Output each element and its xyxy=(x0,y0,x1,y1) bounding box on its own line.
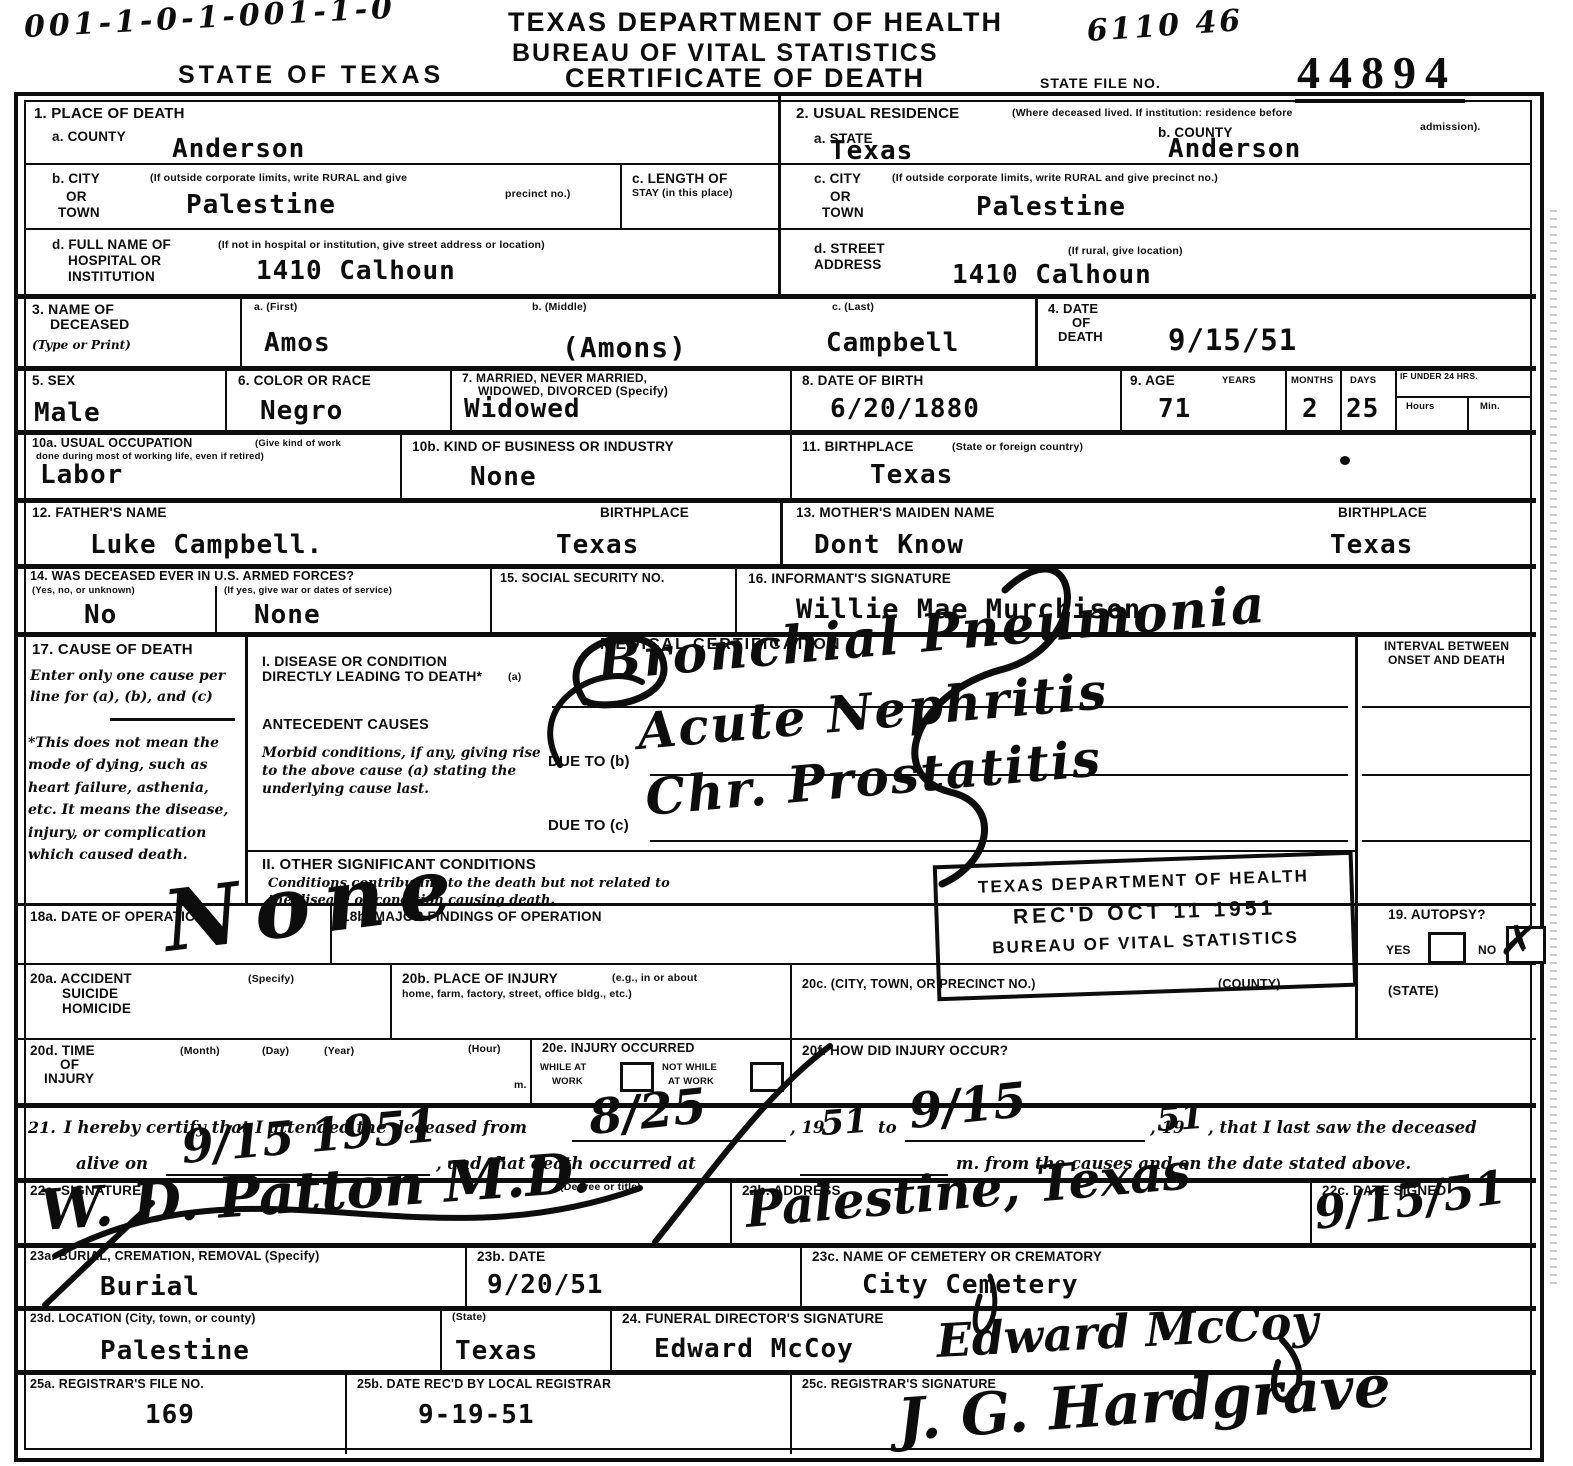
sec23d-value: Palestine xyxy=(100,1338,250,1364)
divider xyxy=(215,586,217,632)
sec1-hosp-label3: INSTITUTION xyxy=(68,270,155,285)
med-antecedent: ANTECEDENT CAUSES xyxy=(262,718,429,734)
rule xyxy=(780,228,1530,230)
rule xyxy=(18,1038,1536,1040)
sec3-last-value: Campbell xyxy=(826,330,959,356)
sec3-last-label: c. (Last) xyxy=(832,302,874,314)
sec23b-value: 9/20/51 xyxy=(487,1272,604,1298)
sec3-middle-value: (Amons) xyxy=(562,334,687,362)
sec1-title: 1. PLACE OF DEATH xyxy=(34,106,185,123)
divider xyxy=(1120,366,1122,430)
autopsy-yes-checkbox xyxy=(1428,932,1466,964)
sec23d-state-label: (State) xyxy=(452,1312,486,1324)
sec20f-label: 20f. HOW DID INJURY OCCUR? xyxy=(802,1044,1008,1059)
ink-dot xyxy=(1340,456,1350,465)
sec2-street-label1: d. STREET xyxy=(814,242,885,257)
sec2-city-label: c. CITY xyxy=(814,172,861,187)
sec20a-label3: HOMICIDE xyxy=(62,1002,131,1017)
sec7-value: Widowed xyxy=(464,396,581,422)
sec2-street-label2: ADDRESS xyxy=(814,258,881,273)
rule xyxy=(26,228,778,230)
sec2-or: OR xyxy=(830,190,851,205)
divider xyxy=(345,1370,347,1454)
sec1-city-label: b. CITY xyxy=(52,172,100,187)
sec2-title: 2. USUAL RESIDENCE xyxy=(796,106,959,123)
sec20d-day: (Day) xyxy=(262,1046,289,1058)
sec13-bp-label: BIRTHPLACE xyxy=(1338,506,1427,521)
sec20e-while2: WORK xyxy=(552,1077,583,1087)
divider xyxy=(1340,366,1342,430)
sec9-under24-label: IF UNDER 24 HRS. xyxy=(1400,372,1478,381)
divider xyxy=(790,430,792,498)
sec23a-value: Burial xyxy=(100,1274,200,1300)
sec9-months-label: MONTHS xyxy=(1291,376,1333,386)
sec19-no-label: NO xyxy=(1478,944,1496,957)
sec20d-label3: INJURY xyxy=(44,1072,94,1087)
sec12-value: Luke Campbell. xyxy=(90,532,323,558)
sec23a-label: 23a. BURIAL, CREMATION, REMOVAL (Specify… xyxy=(30,1250,319,1264)
sec13-value: Dont Know xyxy=(814,532,964,558)
death-certificate-scan: 001-1-0-1-001-1-0 TEXAS DEPARTMENT OF HE… xyxy=(0,0,1573,1466)
sec1-town: TOWN xyxy=(58,206,100,221)
rule xyxy=(18,366,1536,371)
sec11-paren: (State or foreign country) xyxy=(952,442,1083,454)
stamp-line2: REC'D OCT 11 1951 xyxy=(938,894,1351,932)
sec23d-state-value: Texas xyxy=(455,1338,538,1364)
sec9-label: 9. AGE xyxy=(1130,374,1175,389)
certificate-title: CERTIFICATE OF DEATH xyxy=(565,64,925,94)
sec1-city-paren2: precinct no.) xyxy=(505,189,571,201)
divider xyxy=(730,1178,732,1243)
rule xyxy=(1397,396,1531,398)
sec12-bp-value: Texas xyxy=(556,532,639,558)
divider xyxy=(620,163,622,228)
sec13-label: 13. MOTHER'S MAIDEN NAME xyxy=(796,506,995,521)
sec12-bp-label: BIRTHPLACE xyxy=(600,506,689,521)
sec1-or: OR xyxy=(66,190,87,205)
rule xyxy=(110,718,235,721)
divider xyxy=(490,564,492,632)
sec20e-label: 20e. INJURY OCCURRED xyxy=(542,1042,695,1056)
sec13-bp-value: Texas xyxy=(1330,532,1413,558)
med-due-b-label: DUE TO (b) xyxy=(548,754,630,771)
rule xyxy=(18,294,1536,299)
sec8-label: 8. DATE OF BIRTH xyxy=(802,374,923,389)
sec20c-label: 20c. (CITY, TOWN, OR PRECINCT NO.) xyxy=(802,978,1036,992)
sec24-value: Edward McCoy xyxy=(654,1336,854,1362)
sec25a-value: 169 xyxy=(145,1402,195,1428)
sec10b-label: 10b. KIND OF BUSINESS OR INDUSTRY xyxy=(412,440,674,455)
sec21-year1: , 19 xyxy=(790,1116,824,1141)
divider xyxy=(790,366,792,430)
sec21-no: 21. xyxy=(28,1116,56,1140)
sec2-paren1: (Where deceased lived. If institution: r… xyxy=(1012,108,1293,120)
med-a-tag: (a) xyxy=(508,672,521,684)
divider xyxy=(780,498,783,564)
attended-from-year-handwriting: 51 xyxy=(819,1101,869,1144)
sec25b-label: 25b. DATE REC'D BY LOCAL REGISTRAR xyxy=(357,1378,611,1392)
sec2-street-paren: (If rural, give location) xyxy=(1068,246,1183,258)
sec21-text3: , that I last saw the deceased xyxy=(1208,1116,1477,1141)
sec2-paren2: admission). xyxy=(1420,122,1481,134)
divider xyxy=(465,1243,467,1306)
sec9-years-label: YEARS xyxy=(1222,376,1256,386)
sec14-paren2: (If yes, give war or dates of service) xyxy=(224,586,392,596)
sec20d-hour: (Hour) xyxy=(468,1044,501,1056)
sec10a-paren1: (Give kind of work xyxy=(255,439,341,449)
divider xyxy=(1285,366,1287,430)
sec11-value: Texas xyxy=(870,462,953,488)
scan-noise xyxy=(1550,210,1557,1290)
med-due-c-label: DUE TO (c) xyxy=(548,818,629,835)
state-file-no-label: STATE FILE NO. xyxy=(1040,76,1161,91)
sec19-state-label: (STATE) xyxy=(1388,984,1439,998)
autopsy-no-checkmark: ✗ xyxy=(1497,914,1541,970)
sec1-stay-label: c. LENGTH OF xyxy=(632,172,727,187)
divider xyxy=(240,294,242,366)
sec25b-value: 9-19-51 xyxy=(418,1402,535,1428)
sec17-title: 17. CAUSE OF DEATH xyxy=(32,642,193,659)
sec9-days-value: 25 xyxy=(1346,396,1379,422)
sec9-min-label: Min. xyxy=(1480,402,1500,412)
sec2-city-paren: (If outside corporate limits, write RURA… xyxy=(892,173,1218,185)
sec23d-label: 23d. LOCATION (City, town, or county) xyxy=(30,1312,256,1325)
rule xyxy=(18,1103,1536,1108)
interval-label2: ONSET AND DEATH xyxy=(1388,654,1505,667)
med-i-label2: DIRECTLY LEADING TO DEATH* xyxy=(262,669,482,684)
stamp-line3: BUREAU OF VITAL STATISTICS xyxy=(939,926,1351,960)
sec1-city-paren: (If outside corporate limits, write RURA… xyxy=(150,173,407,185)
sec12-label: 12. FATHER'S NAME xyxy=(32,506,167,521)
sec10a-label: 10a. USUAL OCCUPATION xyxy=(32,437,192,451)
divider xyxy=(1467,396,1469,430)
sec23b-label: 23b. DATE xyxy=(477,1250,545,1265)
sec20a-label2: SUICIDE xyxy=(62,987,118,1002)
sec6-label: 6. COLOR OR RACE xyxy=(238,374,371,389)
divider xyxy=(800,1243,802,1306)
sec9-years-value: 71 xyxy=(1158,396,1191,422)
sec23c-value: City Cemetery xyxy=(862,1272,1079,1298)
department-title: TEXAS DEPARTMENT OF HEALTH xyxy=(508,8,1003,38)
sec9-months-value: 2 xyxy=(1302,396,1319,422)
divider xyxy=(790,1370,792,1454)
divider xyxy=(790,1038,792,1103)
sec9-days-label: DAYS xyxy=(1350,376,1376,386)
divider xyxy=(610,1306,612,1370)
stamp-line1: TEXAS DEPARTMENT OF HEALTH xyxy=(937,865,1349,899)
attended-to-year-handwriting: 51 xyxy=(1155,1097,1205,1140)
sec3-title2: DECEASED xyxy=(50,317,129,332)
sec1-hosp-paren: (If not in hospital or institution, give… xyxy=(218,240,545,252)
sec2-state-value: Texas xyxy=(830,138,913,164)
sec20d-m: m. xyxy=(514,1080,527,1092)
sec2-county-value: Anderson xyxy=(1168,136,1301,162)
cause-c-line xyxy=(650,840,1348,842)
divider xyxy=(440,1306,442,1370)
sec3-middle-label: b. (Middle) xyxy=(532,302,587,314)
sec24-label: 24. FUNERAL DIRECTOR'S SIGNATURE xyxy=(622,1312,884,1327)
sec3-first-label: a. (First) xyxy=(254,302,297,314)
sec1-hosp-label1: d. FULL NAME OF xyxy=(52,238,171,253)
sec15-label: 15. SOCIAL SECURITY NO. xyxy=(500,572,665,586)
sec14-label: 14. WAS DECEASED EVER IN U.S. ARMED FORC… xyxy=(30,570,354,584)
handwritten-note: 6110 46 xyxy=(1086,3,1245,49)
sec25a-label: 25a. REGISTRAR'S FILE NO. xyxy=(30,1378,204,1392)
interval-line xyxy=(1362,774,1530,776)
sec10b-value: None xyxy=(470,464,537,490)
sec20a-label1: 20a. ACCIDENT xyxy=(30,972,132,987)
interval-label1: INTERVAL BETWEEN xyxy=(1384,640,1509,653)
divider xyxy=(450,366,452,430)
sec20a-specify: (Specify) xyxy=(248,974,294,986)
sec21-text2: to xyxy=(878,1116,897,1141)
sec20e-not1: NOT WHILE xyxy=(662,1063,717,1073)
sec10a-value: Labor xyxy=(40,462,123,488)
sec16-label: 16. INFORMANT'S SIGNATURE xyxy=(748,572,951,587)
sec19-label: 19. AUTOPSY? xyxy=(1388,908,1486,923)
sec6-value: Negro xyxy=(260,398,343,424)
interval-line xyxy=(1362,840,1530,842)
sec8-value: 6/20/1880 xyxy=(830,396,980,422)
sec20b-label: 20b. PLACE OF INJURY xyxy=(402,972,558,987)
state-of-texas: STATE OF TEXAS xyxy=(178,62,444,90)
rule xyxy=(18,963,1536,965)
divider xyxy=(225,366,227,430)
sec19-yes-label: YES xyxy=(1386,944,1411,957)
sec1-hosp-value: 1410 Calhoun xyxy=(256,258,456,284)
blank-line xyxy=(905,1140,1145,1142)
divider xyxy=(1035,294,1038,366)
rule xyxy=(18,1243,1536,1248)
sec2-street-value: 1410 Calhoun xyxy=(952,262,1152,288)
sec1-hosp-label2: HOSPITAL OR xyxy=(68,254,161,269)
sec2-city-value: Palestine xyxy=(976,194,1126,220)
rule xyxy=(18,498,1536,503)
sec1-county-value: Anderson xyxy=(172,136,305,162)
sec23c-label: 23c. NAME OF CEMETERY OR CREMATORY xyxy=(812,1250,1102,1265)
sec14-value1: No xyxy=(84,602,117,628)
sec20c-county-label: (COUNTY) xyxy=(1218,978,1281,992)
divider xyxy=(530,1038,532,1103)
sec17-note1: Enter only one cause per line for (a), (… xyxy=(30,666,230,708)
sec4-label3: DEATH xyxy=(1058,330,1103,344)
sec5-label: 5. SEX xyxy=(32,374,75,389)
sec4-value: 9/15/51 xyxy=(1168,326,1297,355)
sec17-note2: *This does not mean the mode of dying, s… xyxy=(28,732,240,866)
rule xyxy=(18,430,1536,435)
divider xyxy=(390,963,392,1038)
sec5-value: Male xyxy=(34,400,101,426)
sec20e-while1: WHILE AT xyxy=(540,1063,586,1073)
sec1-stay-label2: STAY (in this place) xyxy=(632,188,733,200)
divider xyxy=(778,96,781,294)
sec11-label: 11. BIRTHPLACE xyxy=(802,440,914,455)
sec2-town: TOWN xyxy=(822,206,864,221)
divider xyxy=(400,430,402,498)
sec20b-paren2: home, farm, factory, street, office bldg… xyxy=(402,989,632,1001)
med-morbid-note: Morbid conditions, if any, giving rise t… xyxy=(262,744,542,799)
sec14-paren1: (Yes, no, or unknown) xyxy=(32,586,135,596)
rule xyxy=(26,163,778,165)
sec1-county-label: a. COUNTY xyxy=(52,130,126,145)
divider xyxy=(1395,366,1397,430)
sec9-hours-label: Hours xyxy=(1406,402,1434,412)
interval-line xyxy=(1362,706,1530,708)
sec20d-month: (Month) xyxy=(180,1046,220,1058)
divider xyxy=(790,963,792,1038)
sec3-title3: (Type or Print) xyxy=(32,336,131,354)
sec20b-paren1: (e.g., in or about xyxy=(612,973,697,985)
sec20d-year: (Year) xyxy=(324,1046,354,1058)
handwritten-code: 001-1-0-1-001-1-0 xyxy=(23,0,397,45)
sec3-first-value: Amos xyxy=(264,330,331,356)
sec1-city-value: Palestine xyxy=(186,192,336,218)
injury-not-at-work-checkbox xyxy=(750,1062,784,1092)
sec14-value2: None xyxy=(254,602,321,628)
